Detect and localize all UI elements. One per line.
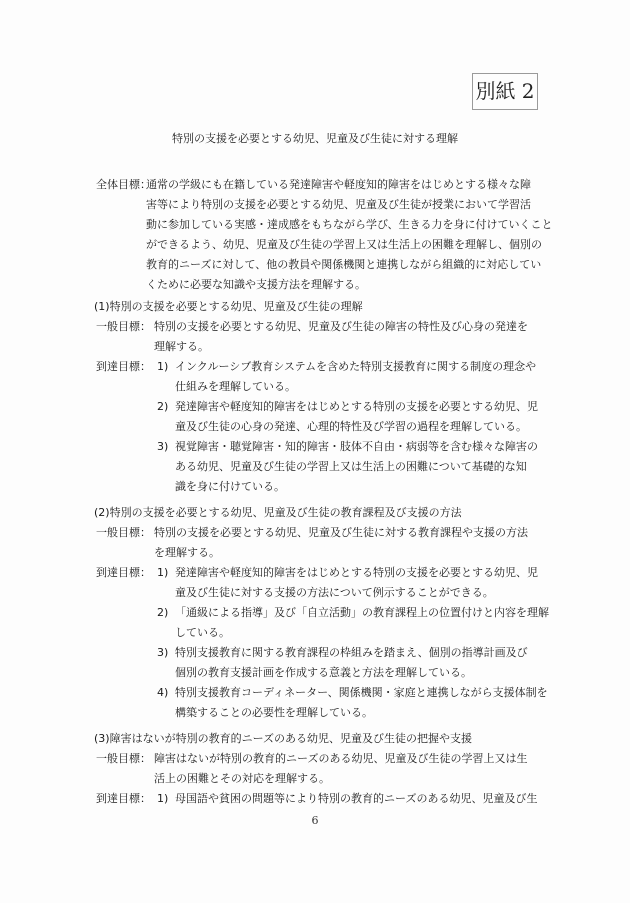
item-number: 1) [157,564,168,582]
item-line: 構築することの必要性を理解している。 [175,704,373,722]
general-goal-line: 特別の支援を必要とする幼児、児童及び生徒の障害の特性及び心身の発達を [154,318,528,336]
overall-goal-line: くために必要な知識や支援方法を理解する。 [146,276,366,294]
document-title: 特別の支援を必要とする幼児、児童及び生徒に対する理解 [0,131,630,147]
overall-goal-label: 全体目標： [96,176,151,194]
item-line: 特別支援教育に関する教育課程の枠組みを踏まえ、個別の指導計画及び [175,644,528,662]
page-number: 6 [0,814,630,827]
item-number: 2) [157,604,168,622]
general-goal-line: 障害はないが特別の教育的ニーズのある幼児、児童及び生徒の学習上又は生 [154,750,527,768]
item-line: 識を身に付けている。 [175,478,285,496]
item-number: 3) [157,438,168,456]
item-line: 視覚障害・聴覚障害・知的障害・肢体不自由・病弱等を含む様々な障害の [175,438,538,456]
overall-goal-line: ができるよう、幼児、児童及び生徒の学習上又は生活上の困難を理解し、個別の [146,236,542,254]
overall-goal-line: 害等により特別の支援を必要とする幼児、児童及び生徒が授業において学習活 [146,196,531,214]
section-heading: (1)特別の支援を必要とする幼児、児童及び生徒の理解 [94,298,363,316]
general-goal-line: を理解する。 [154,544,220,562]
item-line: している。 [175,624,230,642]
achievement-goal-label: 到達目標： [96,790,151,808]
item-line: 童及び生徒の心身の発達、心理的特性及び学習の過程を理解している。 [175,418,527,436]
item-number: 1) [157,358,168,376]
item-number: 4) [157,684,168,702]
general-goal-line: 活上の困難とその対応を理解する。 [154,770,330,788]
section-heading: (3)障害はないが特別の教育的ニーズのある幼児、児童及び生徒の把握や支援 [94,730,472,748]
general-goal-line: 特別の支援を必要とする幼児、児童及び生徒に対する教育課程や支援の方法 [154,524,528,542]
item-line: 発達障害や軽度知的障害をはじめとする特別の支援を必要とする幼児、児 [175,398,538,416]
section-heading: (2)特別の支援を必要とする幼児、児童及び生徒の教育課程及び支援の方法 [94,504,462,522]
general-goal-line: 理解する。 [154,338,209,356]
overall-goal-line: 動に参加している実感・達成感をもちながら学び、生きる力を身に付けていくこと [146,216,553,234]
item-line: 特別支援教育コーディネーター、関係機関・家庭と連携しながら支援体制を [175,684,548,702]
item-line: 発達障害や軽度知的障害をはじめとする特別の支援を必要とする幼児、児 [175,564,538,582]
item-number: 2) [157,398,168,416]
achievement-goal-label: 到達目標： [96,358,151,376]
general-goal-label: 一般目標： [96,318,151,336]
general-goal-label: 一般目標： [96,524,151,542]
attachment-label-box: 別紙 2 [472,73,538,110]
item-number: 1) [157,790,168,808]
item-line: 母国語や貧困の問題等により特別の教育的ニーズのある幼児、児童及び生 [175,790,537,808]
overall-goal-line: 教育的ニーズに対して、他の教員や関係機関と連携しながら組織的に対応してい [146,256,541,274]
overall-goal-line: 通常の学級にも在籍している発達障害や軽度知的障害をはじめとする様々な障 [146,176,531,194]
item-line: 童及び生徒に対する支援の方法について例示することができる。 [175,584,494,602]
item-line: 「通級による指導」及び「自立活動」の教育課程上の位置付けと内容を理解 [175,604,549,622]
achievement-goal-label: 到達目標： [96,564,151,582]
general-goal-label: 一般目標： [96,750,151,768]
item-line: 個別の教育支援計画を作成する意義と方法を理解している。 [175,664,472,682]
item-line: 仕組みを理解している。 [175,378,296,396]
document-page: 別紙 2 特別の支援を必要とする幼児、児童及び生徒に対する理解 全体目標： 通常… [0,0,630,903]
item-line: ある幼児、児童及び生徒の学習上又は生活上の困難について基礎的な知 [175,458,527,476]
item-line: インクルーシブ教育システムを含めた特別支援教育に関する制度の理念や [175,358,536,376]
item-number: 3) [157,644,168,662]
